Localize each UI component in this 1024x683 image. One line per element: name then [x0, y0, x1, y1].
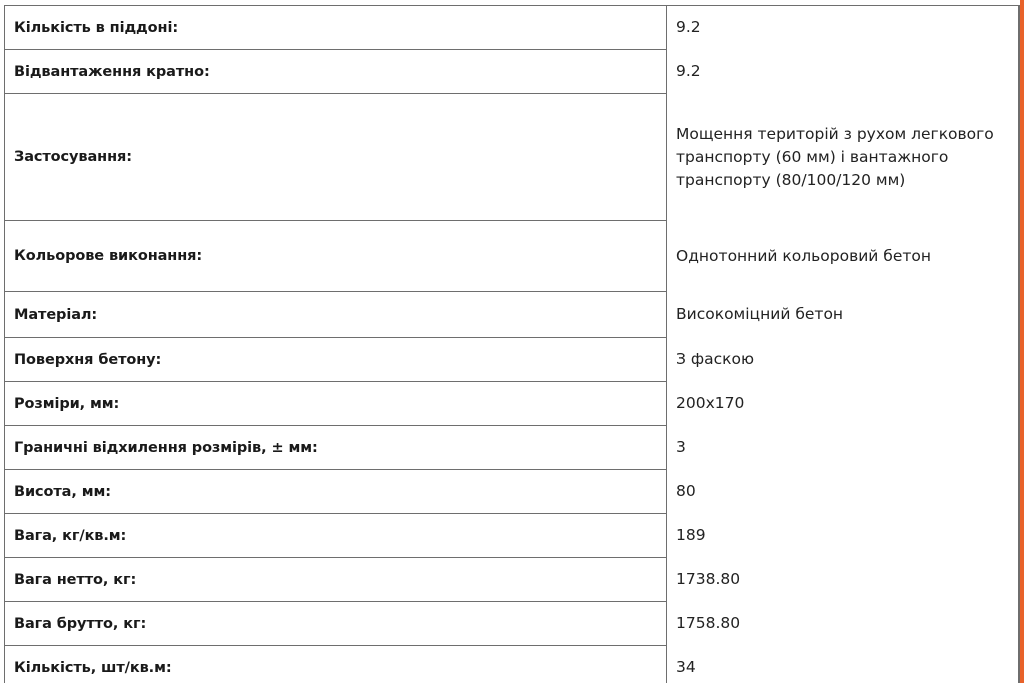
spec-row-color: Кольорове виконання: Однотонний кольоров…	[5, 221, 1021, 292]
spec-row-material: Матеріал: Високоміцний бетон	[5, 292, 1021, 338]
spec-page: Кількість в піддоні: 9.2 Відвантаження к…	[0, 0, 1024, 683]
spec-label: Вага нетто, кг:	[5, 558, 667, 602]
spec-value: 34	[667, 646, 1021, 683]
spec-row-net-weight: Вага нетто, кг: 1738.80	[5, 558, 1021, 602]
spec-row-application: Застосування: Мощення територій з рухом …	[5, 94, 1021, 221]
spec-value: 189	[667, 514, 1021, 558]
product-specs-table: Кількість в піддоні: 9.2 Відвантаження к…	[4, 5, 1020, 683]
spec-value: 80	[667, 470, 1021, 514]
spec-label: Застосування:	[5, 94, 667, 221]
spec-label: Висота, мм:	[5, 470, 667, 514]
spec-label: Вага брутто, кг:	[5, 602, 667, 646]
spec-row-shipment-multiple: Відвантаження кратно: 9.2	[5, 50, 1021, 94]
spec-value: Однотонний кольоровий бетон	[667, 221, 1021, 292]
spec-row-weight-per-sqm: Вага, кг/кв.м: 189	[5, 514, 1021, 558]
spec-row-height: Висота, мм: 80	[5, 470, 1021, 514]
spec-value: З фаскою	[667, 338, 1021, 382]
spec-label: Граничні відхилення розмірів, ± мм:	[5, 426, 667, 470]
spec-label: Кольорове виконання:	[5, 221, 667, 292]
spec-value: 1738.80	[667, 558, 1021, 602]
spec-label: Кількість в піддоні:	[5, 6, 667, 50]
spec-label: Кількість, шт/кв.м:	[5, 646, 667, 683]
spec-row-surface: Поверхня бетону: З фаскою	[5, 338, 1021, 382]
spec-label: Поверхня бетону:	[5, 338, 667, 382]
spec-value: Високоміцний бетон	[667, 292, 1021, 338]
spec-value: 3	[667, 426, 1021, 470]
accent-bar	[1020, 0, 1024, 683]
spec-value: 9.2	[667, 50, 1021, 94]
spec-value: 1758.80	[667, 602, 1021, 646]
spec-value: 200x170	[667, 382, 1021, 426]
spec-row-pallet-quantity: Кількість в піддоні: 9.2	[5, 6, 1021, 50]
spec-label: Матеріал:	[5, 292, 667, 338]
spec-label: Розміри, мм:	[5, 382, 667, 426]
spec-label: Відвантаження кратно:	[5, 50, 667, 94]
spec-row-tolerance: Граничні відхилення розмірів, ± мм: 3	[5, 426, 1021, 470]
spec-row-pieces-per-sqm: Кількість, шт/кв.м: 34	[5, 646, 1021, 683]
spec-row-dimensions: Розміри, мм: 200x170	[5, 382, 1021, 426]
spec-value: 9.2	[667, 6, 1021, 50]
spec-label: Вага, кг/кв.м:	[5, 514, 667, 558]
spec-value: Мощення територій з рухом легкового тран…	[667, 94, 1021, 221]
spec-row-gross-weight: Вага брутто, кг: 1758.80	[5, 602, 1021, 646]
